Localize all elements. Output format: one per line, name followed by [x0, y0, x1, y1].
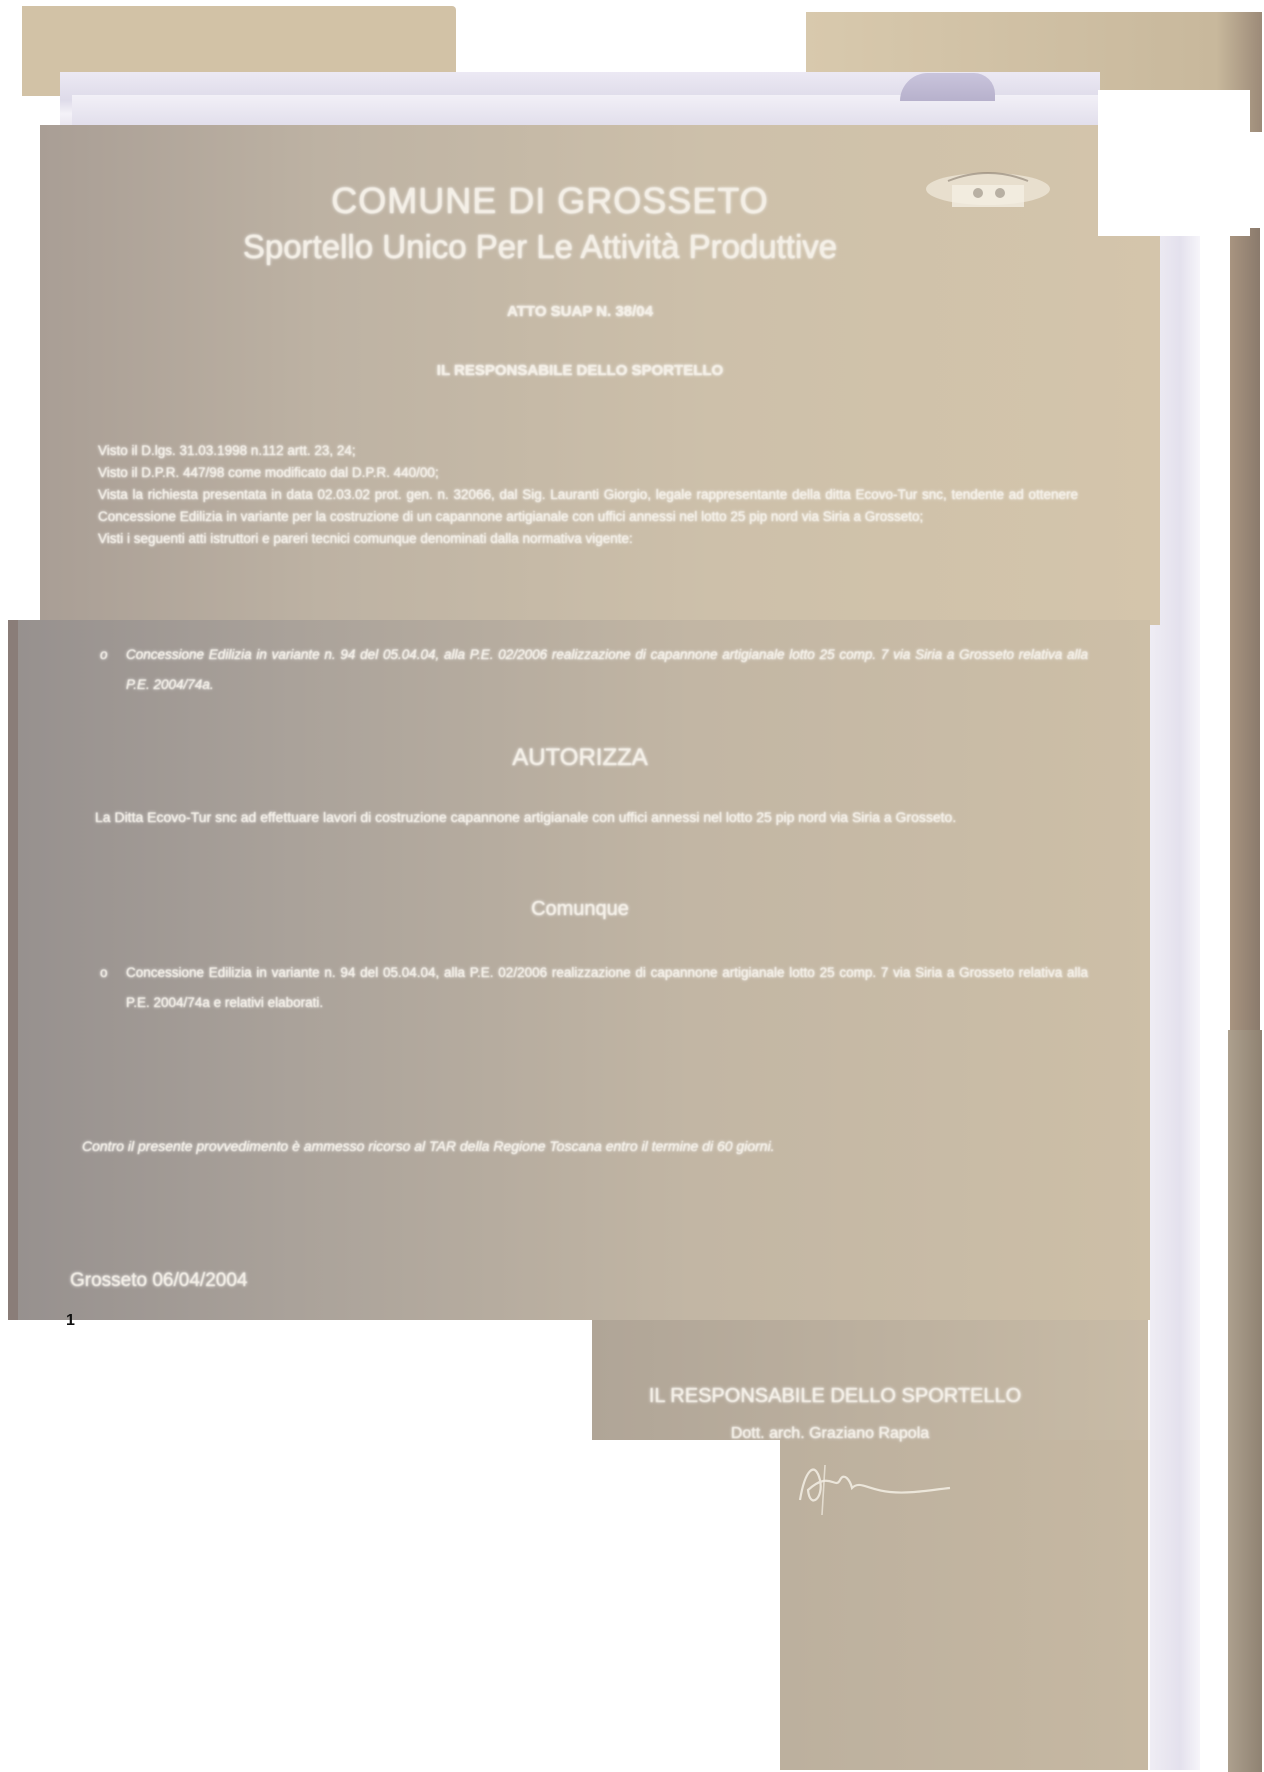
consideration-line: Visto il D.P.R. 447/98 come modificato d… — [98, 462, 1078, 484]
signature-title: IL RESPONSABILE DELLO SPORTELLO — [600, 1385, 1070, 1408]
signature-name: Dott. arch. Graziano Rapola — [640, 1425, 1020, 1443]
folded-corner — [900, 73, 995, 101]
folder-edge-right — [1228, 1030, 1262, 1772]
page-edge-shadow — [8, 620, 18, 1320]
bullet-item: Concessione Edilizia in variante n. 94 d… — [126, 958, 1088, 1018]
consideration-line: Vista la richiesta presentata in data 02… — [98, 484, 1078, 528]
decision-heading: AUTORIZZA — [300, 744, 860, 772]
mask-region-top-left — [0, 0, 22, 125]
mask-region-left — [0, 125, 40, 620]
document-subtitle: Sportello Unico Per Le Attività Produtti… — [120, 228, 960, 266]
municipal-crest-icon — [918, 163, 1058, 223]
bullet-item: Concessione Edilizia in variante n. 94 d… — [126, 640, 1088, 700]
decision-text: La Ditta Ecovo-Tur snc ad effettuare lav… — [95, 800, 1085, 834]
considerations-block: Visto il D.lgs. 31.03.1998 n.112 artt. 2… — [98, 440, 1078, 550]
mask-region-bottom — [592, 1580, 780, 1772]
mask-region-top-right — [1098, 90, 1250, 236]
document-page — [592, 1320, 1148, 1440]
place-date: Grosseto 06/04/2004 — [70, 1270, 470, 1292]
mask-region-bottom-left — [0, 1325, 592, 1772]
consideration-line: Visti i seguenti atti istruttori e parer… — [98, 528, 1078, 550]
considerations-bullets: Concessione Edilizia in variante n. 94 d… — [98, 640, 1088, 700]
page-number: 1 — [66, 1312, 75, 1330]
consideration-line: Visto il D.lgs. 31.03.1998 n.112 artt. 2… — [98, 440, 1078, 462]
mask-region-top — [456, 0, 806, 72]
conditions-heading: Comunque — [300, 898, 860, 921]
document-title: COMUNE DI GROSSETO — [250, 180, 850, 222]
handwritten-signature-icon — [780, 1450, 960, 1520]
conditions-bullets: Concessione Edilizia in variante n. 94 d… — [98, 958, 1088, 1018]
appeal-note: Contro il presente provvedimento è ammes… — [82, 1128, 1092, 1164]
issuer-heading: IL RESPONSABILE DELLO SPORTELLO — [300, 362, 860, 379]
act-number: ATTO SUAP N. 38/04 — [300, 303, 860, 320]
